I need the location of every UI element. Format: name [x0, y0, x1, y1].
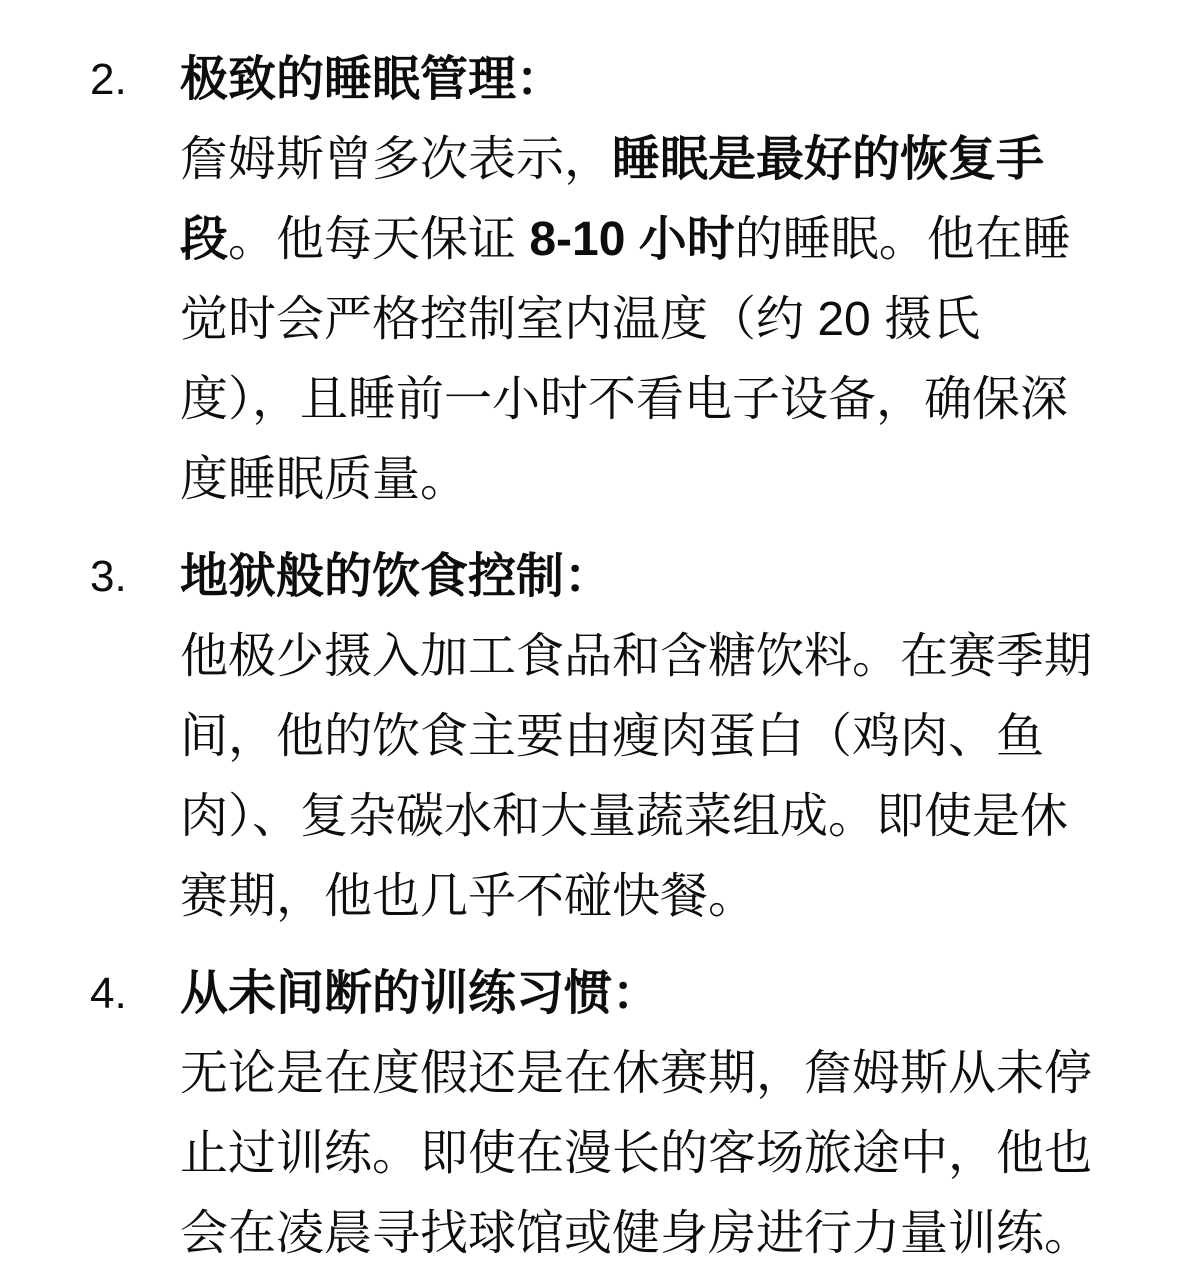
list-item-body: 他极少摄入加工食品和含糖饮料。在赛季期间，他的饮食主要由瘦肉蛋白（鸡肉、鱼肉）、…: [180, 617, 1100, 937]
ordered-list: 2.极致的睡眠管理：詹姆斯曾多次表示，睡眠是最好的恢复手段。他每天保证 8-10…: [90, 40, 1119, 1274]
list-item-heading: 极致的睡眠管理：: [180, 40, 1100, 120]
text-segment: 睡眠是最好的恢复手: [612, 133, 1044, 186]
text-segment: 会在凌晨寻找球馆或健身房进行力量训练。: [180, 1207, 1092, 1260]
list-item: 4.从未间断的训练习惯：无论是在度假还是在休赛期，詹姆斯从未停止过训练。即使在漫…: [90, 954, 1119, 1274]
list-item-number: 3.: [90, 537, 180, 617]
body-line: 无论是在度假还是在休赛期，詹姆斯从未停: [180, 1034, 1100, 1114]
text-segment: 。他每天保证: [228, 213, 529, 266]
text-segment: 他极少摄入加工食品和含糖饮料。在赛季期: [180, 630, 1092, 683]
list-item-content: 地狱般的饮食控制：他极少摄入加工食品和含糖饮料。在赛季期间，他的饮食主要由瘦肉蛋…: [180, 537, 1100, 937]
list-item-content: 极致的睡眠管理：詹姆斯曾多次表示，睡眠是最好的恢复手段。他每天保证 8-10 小…: [180, 40, 1100, 520]
body-line: 詹姆斯曾多次表示，睡眠是最好的恢复手: [180, 120, 1100, 200]
list-item: 2.极致的睡眠管理：詹姆斯曾多次表示，睡眠是最好的恢复手段。他每天保证 8-10…: [90, 40, 1119, 520]
list-item-body: 无论是在度假还是在休赛期，詹姆斯从未停止过训练。即使在漫长的客场旅途中，他也会在…: [180, 1034, 1100, 1274]
body-line: 赛期，他也几乎不碰快餐。: [180, 857, 1100, 937]
list-item-number: 4.: [90, 954, 180, 1034]
list-item-heading: 从未间断的训练习惯：: [180, 954, 1100, 1034]
body-line: 段。他每天保证 8-10 小时的睡眠。他在睡: [180, 200, 1100, 280]
body-line: 度睡眠质量。: [180, 440, 1100, 520]
body-line: 觉时会严格控制室内温度（约 20 摄氏: [180, 280, 1100, 360]
text-segment: 肉）、复杂碳水和大量蔬菜组成。即使是休: [180, 790, 1068, 843]
text-segment: 无论是在度假还是在休赛期，詹姆斯从未停: [180, 1047, 1092, 1100]
text-segment: 8-10 小时: [529, 213, 734, 266]
text-segment: 度），且睡前一小时不看电子设备，确保深: [180, 373, 1068, 426]
text-segment: 间，他的饮食主要由瘦肉蛋白（鸡肉、鱼: [180, 710, 1044, 763]
text-segment: 觉时会严格控制室内温度（约 20 摄氏: [180, 293, 980, 346]
text-segment: 的睡眠。他在睡: [735, 213, 1071, 266]
list-item-heading: 地狱般的饮食控制：: [180, 537, 1100, 617]
text-segment: 詹姆斯曾多次表示，: [180, 133, 612, 186]
document-page: 2.极致的睡眠管理：詹姆斯曾多次表示，睡眠是最好的恢复手段。他每天保证 8-10…: [0, 0, 1179, 1279]
text-segment: 赛期，他也几乎不碰快餐。: [180, 870, 756, 923]
body-line: 间，他的饮食主要由瘦肉蛋白（鸡肉、鱼: [180, 697, 1100, 777]
list-item-body: 詹姆斯曾多次表示，睡眠是最好的恢复手段。他每天保证 8-10 小时的睡眠。他在睡…: [180, 120, 1100, 520]
list-item: 3.地狱般的饮食控制：他极少摄入加工食品和含糖饮料。在赛季期间，他的饮食主要由瘦…: [90, 537, 1119, 937]
text-segment: 止过训练。即使在漫长的客场旅途中，他也: [180, 1127, 1092, 1180]
body-line: 止过训练。即使在漫长的客场旅途中，他也: [180, 1114, 1100, 1194]
text-segment: 段: [180, 213, 228, 266]
list-item-content: 从未间断的训练习惯：无论是在度假还是在休赛期，詹姆斯从未停止过训练。即使在漫长的…: [180, 954, 1100, 1274]
text-segment: 度睡眠质量。: [180, 453, 468, 506]
body-line: 度），且睡前一小时不看电子设备，确保深: [180, 360, 1100, 440]
body-line: 会在凌晨寻找球馆或健身房进行力量训练。: [180, 1194, 1100, 1274]
body-line: 肉）、复杂碳水和大量蔬菜组成。即使是休: [180, 777, 1100, 857]
list-item-number: 2.: [90, 40, 180, 120]
body-line: 他极少摄入加工食品和含糖饮料。在赛季期: [180, 617, 1100, 697]
